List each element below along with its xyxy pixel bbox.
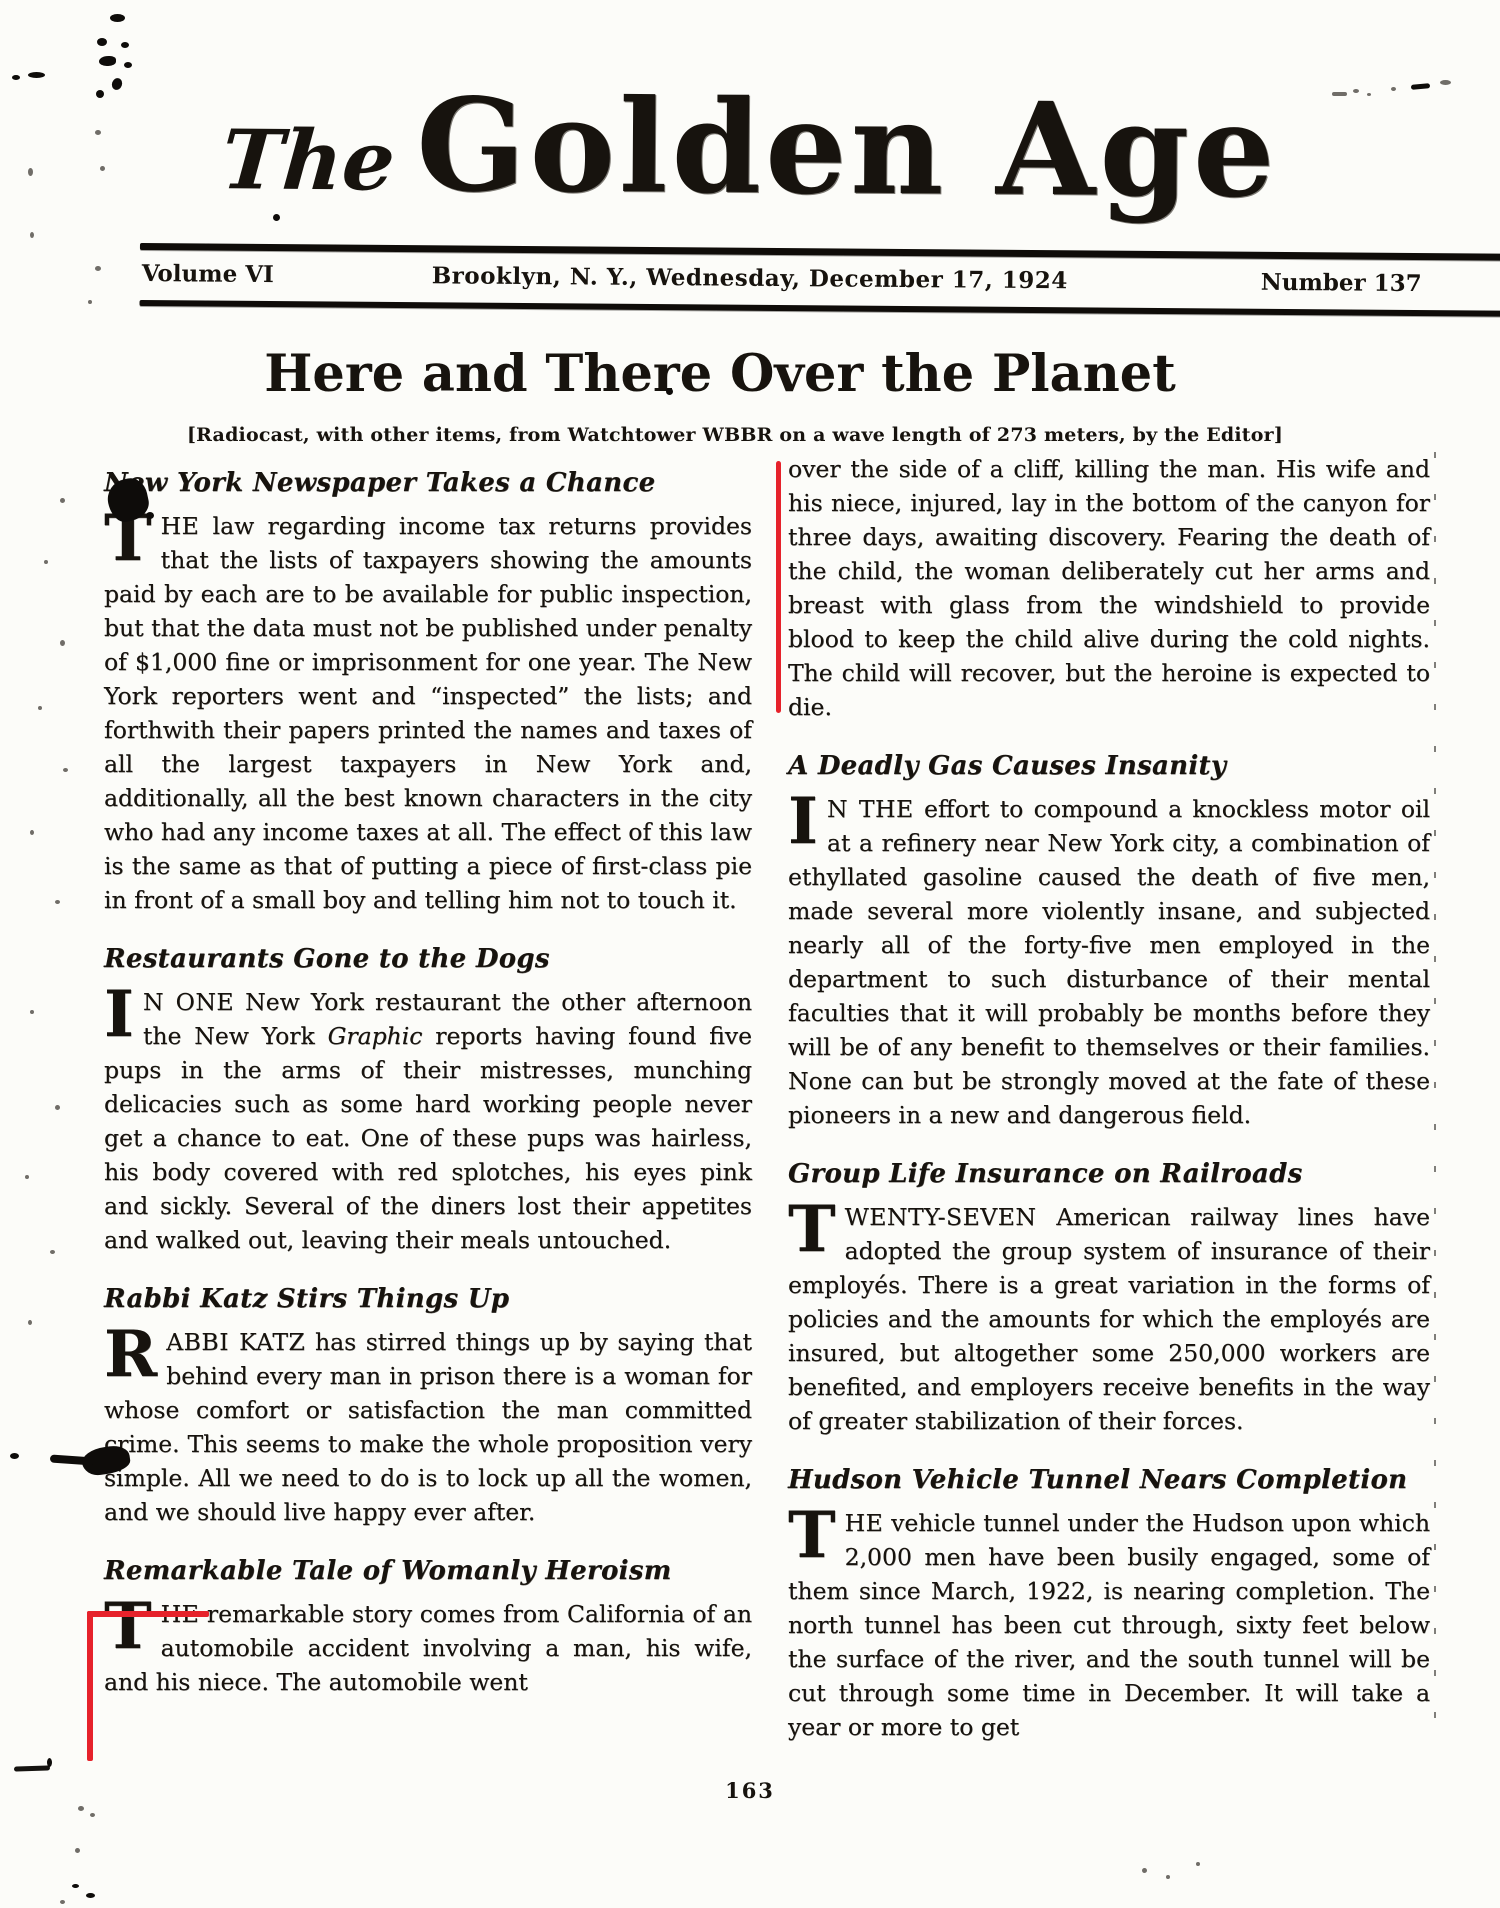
- volume-label: Volume VI: [142, 260, 274, 288]
- article-group-insurance: Group Life Insurance on Railroads TWENTY…: [788, 1159, 1430, 1438]
- article-body: THE remarkable story comes from Californ…: [104, 1597, 752, 1699]
- body-text: remarkable story comes from California o…: [104, 1600, 752, 1696]
- article-body: IN ONE New York restaurant the other aft…: [104, 985, 752, 1257]
- drop-cap: I: [104, 985, 143, 1041]
- body-text: over the side of a cliff, killing the ma…: [788, 455, 1430, 721]
- article-heading: A Deadly Gas Causes Insanity: [788, 751, 1430, 781]
- lead-caps: WENTY-SEVEN: [845, 1203, 1037, 1231]
- ink-blot-tail: [50, 1454, 94, 1465]
- masthead: TheGolden Age: [0, 79, 1500, 217]
- page-byline: [Radiocast, with other items, from Watch…: [0, 424, 1470, 446]
- margin-dotted-line: [1434, 452, 1436, 1752]
- red-corner-bracket-vertical: [87, 1611, 93, 1761]
- page-number: 163: [0, 1778, 1500, 1803]
- scanned-newspaper-page: TheGolden Age Volume VI Brooklyn, N. Y.,…: [0, 0, 1500, 1908]
- drop-cap: T: [104, 509, 161, 565]
- lead-caps: HE: [161, 512, 200, 540]
- continuation-paragraph: over the side of a cliff, killing the ma…: [788, 452, 1430, 724]
- drop-cap: T: [104, 1597, 161, 1653]
- article-deadly-gas: A Deadly Gas Causes Insanity IN THE effo…: [788, 751, 1430, 1132]
- red-margin-line: [776, 461, 781, 713]
- body-text: law regarding income tax returns provide…: [104, 512, 752, 914]
- italic-publication-name: Graphic: [328, 1022, 423, 1050]
- body-text: vehicle tunnel under the Hudson upon whi…: [788, 1509, 1430, 1741]
- page-headline: Here and There Over the Planet: [0, 346, 1440, 402]
- lead-caps: N ONE: [143, 988, 234, 1016]
- masthead-title: Golden Age: [416, 82, 1279, 216]
- article-body: THE law regarding income tax returns pro…: [104, 509, 752, 917]
- article-heading: Restaurants Gone to the Dogs: [104, 944, 752, 974]
- article-heading: Group Life Insurance on Railroads: [788, 1159, 1430, 1189]
- article-heading: Hudson Vehicle Tunnel Nears Completion: [788, 1465, 1430, 1495]
- drop-cap: R: [104, 1325, 166, 1381]
- drop-cap: T: [788, 1200, 845, 1256]
- issue-number: Number 137: [1261, 269, 1422, 297]
- article-heading: Remarkable Tale of Womanly Heroism: [104, 1556, 752, 1586]
- drop-cap: I: [788, 792, 827, 848]
- article-body: IN THE effort to compound a knockless mo…: [788, 792, 1430, 1132]
- issue-date: Brooklyn, N. Y., Wednesday, December 17,…: [432, 262, 1068, 294]
- body-text: reports having found five pups in the ar…: [104, 1022, 752, 1254]
- left-column: New York Newspaper Takes a Chance THE la…: [104, 468, 752, 1699]
- lead-caps: HE: [845, 1509, 884, 1537]
- article-heading: New York Newspaper Takes a Chance: [104, 468, 752, 498]
- lead-caps: HE: [161, 1600, 200, 1628]
- lead-caps: ABBI KATZ: [166, 1328, 305, 1356]
- right-column: over the side of a cliff, killing the ma…: [788, 452, 1430, 1744]
- article-newspaper-chance: New York Newspaper Takes a Chance THE la…: [104, 468, 752, 917]
- drop-cap: T: [788, 1506, 845, 1562]
- article-body: RABBI KATZ has stirred things up by sayi…: [104, 1325, 752, 1529]
- article-restaurants-dogs: Restaurants Gone to the Dogs IN ONE New …: [104, 944, 752, 1257]
- body-text: has stirred things up by saying that beh…: [104, 1328, 752, 1526]
- article-heading: Rabbi Katz Stirs Things Up: [104, 1284, 752, 1314]
- article-rabbi-katz: Rabbi Katz Stirs Things Up RABBI KATZ ha…: [104, 1284, 752, 1529]
- article-hudson-tunnel: Hudson Vehicle Tunnel Nears Completion T…: [788, 1465, 1430, 1744]
- article-body: THE vehicle tunnel under the Hudson upon…: [788, 1506, 1430, 1744]
- masthead-prefix: The: [218, 119, 397, 202]
- body-text: American railway lines have adopted the …: [788, 1203, 1430, 1435]
- dateline-band: Volume VI Brooklyn, N. Y., Wednesday, De…: [140, 243, 1500, 317]
- lead-caps: N THE: [827, 795, 914, 823]
- article-body: TWENTY-SEVEN American railway lines have…: [788, 1200, 1430, 1438]
- article-womanly-heroism: Remarkable Tale of Womanly Heroism THE r…: [104, 1556, 752, 1699]
- body-text: effort to compound a knockless motor oil…: [788, 795, 1430, 1129]
